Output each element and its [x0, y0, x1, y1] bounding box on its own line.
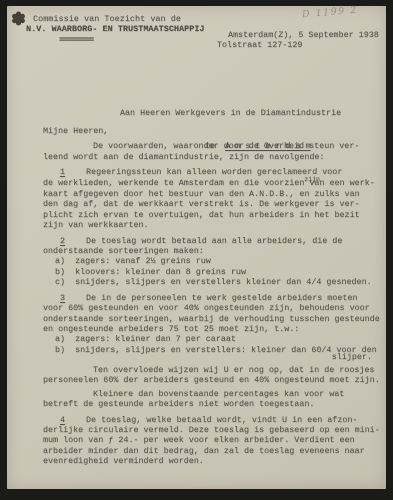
typed-line: 4De toeslag, welke betaald wordt, vindt … — [43, 415, 376, 425]
paragraph-4: 4De toeslag, welke betaald wordt, vindt … — [43, 415, 376, 467]
paragraph-number: 3 — [60, 293, 65, 303]
typed-line: onderstaande sorteeringen, waarbij de ve… — [43, 314, 376, 324]
list-item: c) snijders, slijpers en verstellers kle… — [43, 277, 376, 287]
typed-line: 2De toeslag wordt betaald aan alle arbei… — [43, 236, 376, 246]
typed-line: derlijke circulaire vermeld. Deze toesla… — [43, 425, 376, 435]
typed-line: evenredigheid verminderd worden. — [43, 456, 376, 466]
typed-line: arbeider minder dan dit bedrag, dan zal … — [43, 446, 376, 456]
letter-header: Commissie van Toezicht van de N.V. WAARB… — [7, 6, 386, 120]
letterhead-line2: N.V. WAARBORG- EN TRUSTMAATSCHAPPIJ — [26, 24, 205, 34]
paragraph-number: 2 — [60, 236, 65, 246]
typed-line: personeelen 60% der arbeiders gesteund e… — [43, 375, 376, 385]
typed-text: De toeslag wordt betaald aan alle arbeid… — [86, 236, 342, 246]
typed-line: onderstaande sorteeringen maken: — [43, 246, 376, 256]
handwritten-archive-number: D 1199 2 — [302, 6, 359, 21]
typed-line: Ten overvloede wijzen wij U er nog op, d… — [43, 365, 376, 375]
rosette-ornament-icon — [11, 11, 26, 29]
typed-line: betreft de gesteunde arbeiders niet word… — [43, 399, 376, 409]
typed-text: de werklieden, werkende te Amsterdam en … — [43, 178, 304, 188]
addressee-city-line: te A m s t e r d a m — [120, 141, 341, 152]
paragraph-number: 4 — [60, 415, 65, 425]
typed-text: De toeslag, welke betaald wordt, vindt U… — [86, 415, 357, 425]
letter-page: Commissie van Toezicht van de N.V. WAARB… — [7, 6, 386, 489]
letterhead-rule: ========= — [59, 36, 93, 46]
addressee-line: Aan Heeren Werkgevers in de Diamantindus… — [120, 108, 341, 119]
place-and-date: Amsterdam(Z), 5 September 1938 — [217, 30, 379, 40]
typed-text: De in de personeelen te werk gestelde ar… — [86, 293, 357, 303]
paragraph-3: 3De in de personeelen te werk gestelde a… — [43, 293, 376, 362]
note-paragraph-2: Kleinere dan bovenstaande percentages ka… — [43, 389, 376, 410]
typed-line: 3De in de personeelen te werk gestelde a… — [43, 293, 376, 303]
typed-line: plicht zich ervan te overtuigen, dat hun… — [43, 210, 376, 220]
paragraph-number: 1 — [60, 167, 65, 177]
list-item: b) snijders, slijpers en verstellers: kl… — [43, 345, 376, 355]
list-item: b) kloovers: kleiner dan 8 greins ruw — [43, 267, 376, 277]
typed-line: Kleinere dan bovenstaande percentages ka… — [43, 389, 376, 399]
typed-line: en ongesteunde arbeiders 75 tot 25 moet … — [43, 324, 376, 334]
typed-line: zijn van werkkaarten. — [43, 220, 376, 230]
addressee-city: A m s t e r d a m — [225, 141, 310, 151]
letterhead-line1: Commissie van Toezicht van de — [26, 14, 205, 24]
date-block: Amsterdam(Z), 5 September 1938 Tolstraat… — [217, 30, 379, 50]
letterhead: Commissie van Toezicht van de N.V. WAARB… — [26, 14, 205, 34]
paragraph-2: 2De toeslag wordt betaald aan alle arbei… — [43, 236, 376, 288]
street-address: Tolstraat 127-129 — [217, 40, 379, 50]
typed-line: kaart afgegeven door het bestuur van den… — [43, 189, 376, 199]
list-item: a) zagers: kleiner dan 7 per caraat — [43, 334, 376, 344]
paragraph-1: 1Regeeringssteun kan alleen worden gerec… — [43, 167, 376, 230]
list-item: a) zagers: vanaf 2½ greins ruw — [43, 256, 376, 266]
addressee-prefix: te — [205, 141, 225, 151]
note-paragraph-1: Ten overvloede wijzen wij U er nog op, d… — [43, 365, 376, 386]
typed-line: de werklieden, werkende te Amsterdam en … — [43, 178, 376, 189]
addressee-block: Aan Heeren Werkgevers in de Diamantindus… — [120, 86, 341, 174]
typed-line: mum loon van ƒ 24.- per week voor elken … — [43, 435, 376, 445]
typed-line: den dag af, dat de werkkaart verstrekt i… — [43, 199, 376, 209]
typed-line: voor 60% gesteunden en voor 40% ongesteu… — [43, 303, 376, 313]
